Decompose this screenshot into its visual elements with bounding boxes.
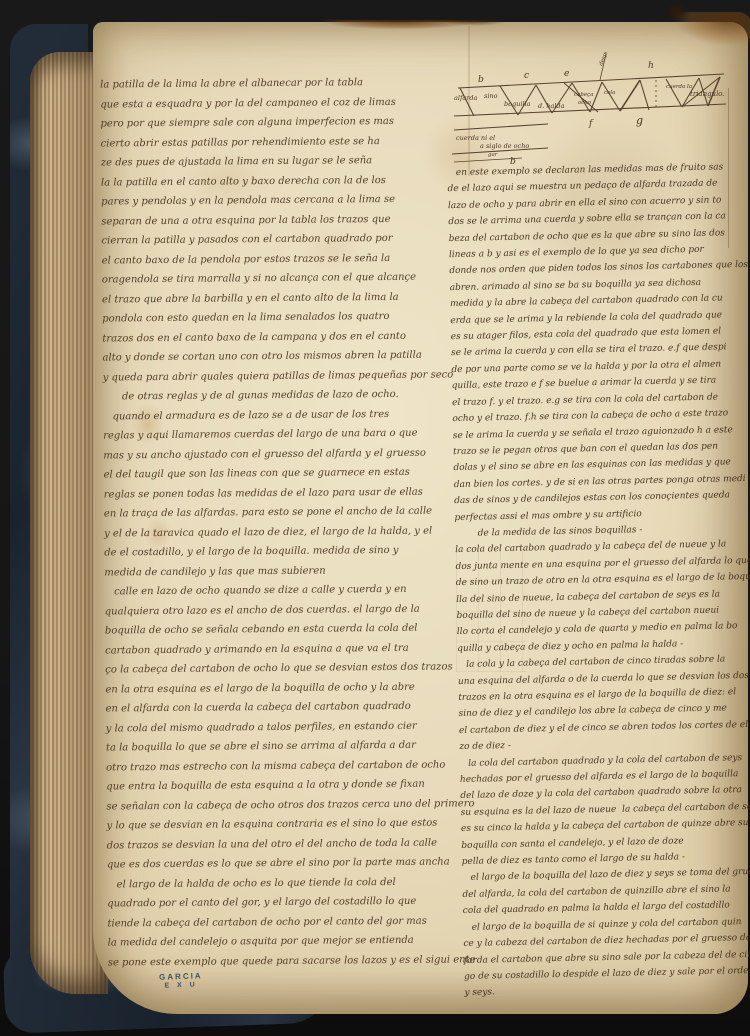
manuscript-line: cierran la patilla y pasados con el cart… <box>101 229 443 251</box>
manuscript-line: ta la boquilla lo que se abre el sino se… <box>106 735 448 757</box>
diagram-label-sino: sino <box>484 92 498 100</box>
manuscript-line: pares y pendolas y en la pendola mas cer… <box>101 190 443 212</box>
manuscript-line: oragendola se tira marralla y si no alca… <box>102 268 444 290</box>
stain-spot-top <box>664 4 690 20</box>
manuscript-line: el trazo que abre la barbilla y en el ca… <box>102 287 444 309</box>
diagram-letter-c: c <box>524 71 529 81</box>
diagram-letter-h: h <box>648 61 654 71</box>
manuscript-line: boquilla de ocho se señala cebando en es… <box>105 619 447 641</box>
diagram-label-despide: despide <box>598 52 612 67</box>
lazo-geometry-diagram: b c e h f g b alfarda sino boquilla d. h… <box>452 52 748 164</box>
diagram-label-alfarda: alfarda <box>454 94 478 102</box>
manuscript-line: el del taugil que son las lineas con que… <box>103 463 445 485</box>
manuscript-line: de otras reglas y de al gunas medidas de… <box>103 385 445 407</box>
diagram-label-halda: d. halda <box>538 102 565 110</box>
manuscript-line: quadrado por el canto del gor, y el larg… <box>107 891 449 913</box>
left-text-column: la patilla de la lima la abre el albanec… <box>100 73 450 981</box>
manuscript-line: la medida del candelejo o asquita por qu… <box>108 930 450 952</box>
manuscript-line: ço la cabeça del cartabon de ocho lo que… <box>105 658 447 680</box>
ownership-stamp: GARCIA E X U <box>146 971 217 990</box>
diagram-label-cola: cola <box>604 90 615 96</box>
manuscript-line: reglas y aqui llamaremos cuerdas del lar… <box>103 424 445 446</box>
diagram-label-cuerda2: cuerda la <box>666 84 692 90</box>
manuscript-line: que es dos cuerdas es lo que se abre el … <box>107 852 449 874</box>
diagram-letter-f: f <box>588 119 594 129</box>
manuscript-line: que entra la boquilla de esta esquina a … <box>106 774 448 796</box>
lazo-diagram-svg: b c e h f g b alfarda sino boquilla d. h… <box>452 52 748 164</box>
diagram-label-cuerda: cuerda ni el <box>456 134 495 142</box>
manuscript-line: alto y donde se cortan uno con otro los … <box>102 346 444 368</box>
diagram-label-gar: gar <box>488 152 498 158</box>
manuscript-line: se pone este exemplo que quede para saca… <box>108 950 450 972</box>
manuscript-line: de el costadillo, y el largo de la boqui… <box>104 541 446 563</box>
manuscript-line: calle en lazo de ocho quando se dize a c… <box>104 580 446 602</box>
diagram-label-siglo: a siglo de ocho <box>480 142 529 150</box>
diagram-label-cabeza: cabeça <box>574 92 594 98</box>
diagram-letter-e: e <box>564 69 569 79</box>
manuscript-line: y lo que se desvian en la esquina contra… <box>107 813 449 835</box>
diagram-letter-g: g <box>636 114 643 127</box>
manuscript-line: en la traça de las alfardas. para esto s… <box>104 502 446 524</box>
manuscript-line: pero por que siempre sale con alguna imp… <box>100 112 442 134</box>
diagram-label-boquilla: boquilla <box>504 100 531 108</box>
diagram-letter-b: b <box>478 75 484 85</box>
diagram-label-triangulo: triangulo. <box>690 90 725 98</box>
right-text-column: en este exemplo se declaran las medidas … <box>447 159 750 1017</box>
diagram-label-ocho: ocho <box>578 100 592 106</box>
manuscript-line: en el alfarda con la cuerda la cabeça de… <box>106 697 448 719</box>
